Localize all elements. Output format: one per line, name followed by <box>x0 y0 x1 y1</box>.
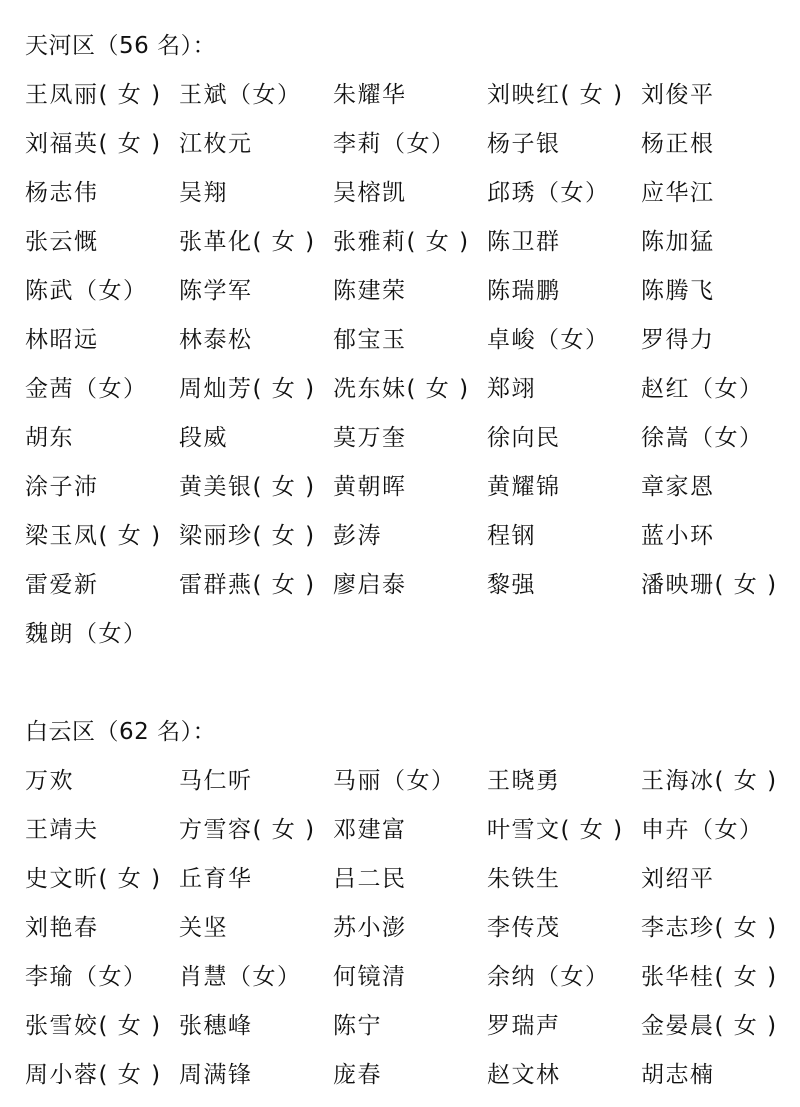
name-entry: 雷爱新 <box>25 561 179 610</box>
name-entry: 陈武（女） <box>25 267 179 316</box>
name-entry: 金晏晨( 女 ) <box>641 1002 800 1051</box>
name-entry: 黄耀锦 <box>487 463 641 512</box>
name-entry: 张革化( 女 ) <box>179 218 333 267</box>
name-entry: 丘育华 <box>179 855 333 904</box>
name-entry: 江枚元 <box>179 120 333 169</box>
name-entry: 莫万奎 <box>333 414 487 463</box>
name-entry: 雷群燕( 女 ) <box>179 561 333 610</box>
name-entry: 叶雪文( 女 ) <box>487 806 641 855</box>
name-entry: 罗瑞声 <box>487 1002 641 1051</box>
name-entry: 张华桂( 女 ) <box>641 953 800 1002</box>
name-entry: 申卉（女） <box>641 806 800 855</box>
name-entry: 徐嵩（女） <box>641 414 800 463</box>
name-entry: 刘艳春 <box>25 904 179 953</box>
section-baiyun: 白云区（62 名）： 万欢马仁听马丽（女）王晓勇王海冰( 女 )王靖夫方雪容( … <box>25 708 800 1100</box>
name-entry: 苏小澎 <box>333 904 487 953</box>
name-entry: 陈腾飞 <box>641 267 800 316</box>
name-entry: 陈宁 <box>333 1002 487 1051</box>
name-grid-baiyun: 万欢马仁听马丽（女）王晓勇王海冰( 女 )王靖夫方雪容( 女 )邓建富叶雪文( … <box>25 757 800 1100</box>
name-entry: 朱铁生 <box>487 855 641 904</box>
name-entry: 彭涛 <box>333 512 487 561</box>
name-entry: 陈卫群 <box>487 218 641 267</box>
name-entry: 林昭远 <box>25 316 179 365</box>
name-entry: 潘映珊( 女 ) <box>641 561 800 610</box>
name-entry: 黄朝晖 <box>333 463 487 512</box>
name-entry: 魏朗（女） <box>25 610 179 659</box>
name-entry: 金茜（女） <box>25 365 179 414</box>
name-entry: 庞春 <box>333 1051 487 1100</box>
name-entry: 刘俊平 <box>641 71 800 120</box>
name-entry: 张穗峰 <box>179 1002 333 1051</box>
name-entry: 周灿芳( 女 ) <box>179 365 333 414</box>
name-entry: 李志珍( 女 ) <box>641 904 800 953</box>
name-entry: 林泰松 <box>179 316 333 365</box>
name-entry: 涂子沛 <box>25 463 179 512</box>
name-entry: 陈加猛 <box>641 218 800 267</box>
name-entry: 吕二民 <box>333 855 487 904</box>
name-entry: 周小蓉( 女 ) <box>25 1051 179 1100</box>
name-entry: 张云慨 <box>25 218 179 267</box>
name-entry: 罗得力 <box>641 316 800 365</box>
name-grid-tianhe: 王凤丽( 女 )王斌（女）朱耀华刘映红( 女 )刘俊平刘福英( 女 )江枚元李莉… <box>25 71 800 659</box>
section-heading-baiyun: 白云区（62 名）： <box>25 708 800 757</box>
name-entry: 马仁听 <box>179 757 333 806</box>
section-spacer <box>25 659 800 708</box>
name-entry: 卓峻（女） <box>487 316 641 365</box>
section-tianhe: 天河区（56 名）： 王凤丽( 女 )王斌（女）朱耀华刘映红( 女 )刘俊平刘福… <box>25 22 800 659</box>
name-entry: 应华江 <box>641 169 800 218</box>
name-entry: 陈建荣 <box>333 267 487 316</box>
name-entry: 肖慧（女） <box>179 953 333 1002</box>
name-entry: 杨子银 <box>487 120 641 169</box>
name-entry: 黎强 <box>487 561 641 610</box>
name-entry: 胡志楠 <box>641 1051 800 1100</box>
section-heading-tianhe: 天河区（56 名）： <box>25 22 800 71</box>
name-entry: 郁宝玉 <box>333 316 487 365</box>
name-entry: 徐向民 <box>487 414 641 463</box>
name-entry: 关坚 <box>179 904 333 953</box>
name-entry: 王晓勇 <box>487 757 641 806</box>
name-entry: 胡东 <box>25 414 179 463</box>
name-entry: 梁丽珍( 女 ) <box>179 512 333 561</box>
name-entry: 张雅莉( 女 ) <box>333 218 487 267</box>
name-entry: 刘福英( 女 ) <box>25 120 179 169</box>
name-entry: 邓建富 <box>333 806 487 855</box>
name-entry: 马丽（女） <box>333 757 487 806</box>
name-list-document: 天河区（56 名）： 王凤丽( 女 )王斌（女）朱耀华刘映红( 女 )刘俊平刘福… <box>25 22 800 1100</box>
name-entry: 陈瑞鹏 <box>487 267 641 316</box>
name-entry: 章家恩 <box>641 463 800 512</box>
name-entry: 邱琇（女） <box>487 169 641 218</box>
name-entry: 杨志伟 <box>25 169 179 218</box>
name-entry: 梁玉凤( 女 ) <box>25 512 179 561</box>
name-entry: 吴翔 <box>179 169 333 218</box>
name-entry: 陈学军 <box>179 267 333 316</box>
name-entry: 周满锋 <box>179 1051 333 1100</box>
name-entry: 朱耀华 <box>333 71 487 120</box>
name-entry: 王斌（女） <box>179 71 333 120</box>
name-entry: 方雪容( 女 ) <box>179 806 333 855</box>
name-entry: 何镜清 <box>333 953 487 1002</box>
name-entry: 李传茂 <box>487 904 641 953</box>
name-entry: 李莉（女） <box>333 120 487 169</box>
name-entry: 刘映红( 女 ) <box>487 71 641 120</box>
name-entry: 王凤丽( 女 ) <box>25 71 179 120</box>
name-entry: 程钢 <box>487 512 641 561</box>
name-entry: 刘绍平 <box>641 855 800 904</box>
name-entry: 廖启泰 <box>333 561 487 610</box>
name-entry: 杨正根 <box>641 120 800 169</box>
name-entry: 万欢 <box>25 757 179 806</box>
name-entry: 蓝小环 <box>641 512 800 561</box>
name-entry: 吴榕凯 <box>333 169 487 218</box>
name-entry: 史文昕( 女 ) <box>25 855 179 904</box>
name-entry: 黄美银( 女 ) <box>179 463 333 512</box>
name-entry: 余纳（女） <box>487 953 641 1002</box>
name-entry: 郑翊 <box>487 365 641 414</box>
name-entry: 王靖夫 <box>25 806 179 855</box>
name-entry: 张雪姣( 女 ) <box>25 1002 179 1051</box>
name-entry: 李瑜（女） <box>25 953 179 1002</box>
name-entry: 冼东妹( 女 ) <box>333 365 487 414</box>
name-entry: 段威 <box>179 414 333 463</box>
name-entry: 王海冰( 女 ) <box>641 757 800 806</box>
name-entry: 赵红（女） <box>641 365 800 414</box>
name-entry: 赵文林 <box>487 1051 641 1100</box>
